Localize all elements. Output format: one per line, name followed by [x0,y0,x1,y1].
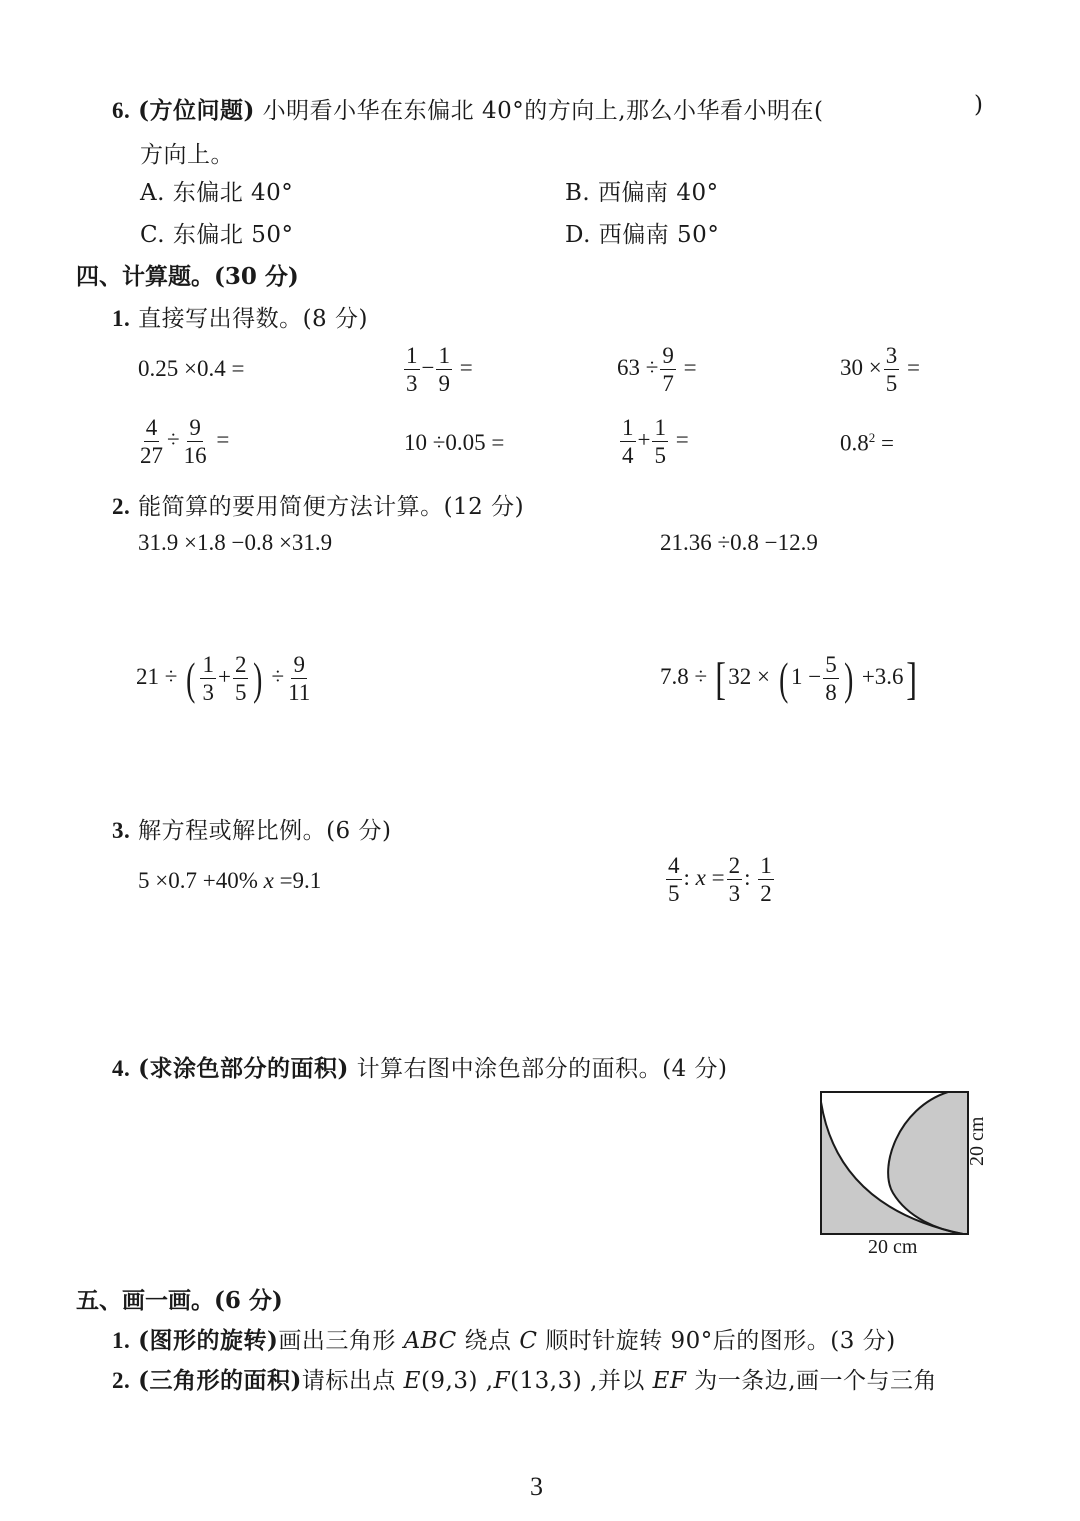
problem-5-1: 1. (图形的旋转)画出三角形 ABC 绕点 C 顺时针旋转 90°后的图形。(… [112,1322,896,1355]
section-4-title: 四、计算题。(30 分) [76,258,299,291]
problem-tag: (求涂色部分的面积) [138,1055,349,1082]
question-text: 小明看小华在东偏北 40°的方向上,那么小华看小明在( [263,98,824,124]
problem-title: 能简算的要用简便方法计算。(12 分) [138,494,524,520]
problem-5-2: 2. (三角形的面积)请标出点 E(9,3) ,F(13,3) ,并以 EF 为… [112,1362,937,1395]
problem-title: 解方程或解比例。(6 分) [138,818,391,844]
problem-title: 直接写出得数。(8 分) [138,306,368,332]
answer-blank-close: ) [974,92,983,118]
calc-item-d: 30 ×35 = [840,344,920,395]
problem-4-4-title: 4. (求涂色部分的面积) 计算右图中涂色部分的面积。(4 分) [112,1050,728,1083]
option-b: B. 西偏南 40° [565,174,719,207]
question-6-line1: 6. (方位问题) 小明看小华在东偏北 40°的方向上,那么小华看小明在( [112,92,824,125]
simplify-item-a: 31.9 ×1.8 −0.8 ×31.9 [138,530,332,556]
question-number: 6. [112,98,130,123]
page-number: 3 [530,1472,543,1502]
calc-item-f: 10 ÷0.05 = [404,430,504,456]
simplify-item-d: 7.8 ÷ [32 × (1 −58) +3.6] [660,652,919,705]
question-6-line2: 方向上。 [140,136,234,169]
problem-tag: (三角形的面积) [138,1367,302,1394]
question-tag: (方位问题) [138,97,255,124]
problem-number: 1. [112,306,130,331]
equation-a: 5 ×0.7 +40% x =9.1 [138,868,321,894]
proportion-b: 45: x =23: 12 [664,854,776,905]
option-d: D. 西偏南 50° [565,216,719,249]
problem-tag: (图形的旋转) [138,1327,278,1354]
calc-item-b: 13−19 = [402,344,473,395]
option-c: C. 东偏北 50° [140,216,293,249]
problem-number: 4. [112,1056,130,1081]
calc-item-g: 14+15 = [618,416,689,467]
square-with-arcs-diagram [818,1088,974,1236]
simplify-item-b: 21.36 ÷0.8 −12.9 [660,530,818,556]
problem-number: 2. [112,1368,130,1393]
problem-4-3-title: 3. 解方程或解比例。(6 分) [112,812,391,845]
problem-4-2-title: 2. 能简算的要用简便方法计算。(12 分) [112,488,524,521]
problem-number: 2. [112,494,130,519]
calc-item-a: 0.25 ×0.4 = [138,356,244,382]
problem-number: 3. [112,818,130,843]
problem-title: 计算右图中涂色部分的面积。(4 分) [357,1056,728,1082]
section-5-title: 五、画一画。(6 分) [76,1282,283,1315]
problem-4-1-title: 1. 直接写出得数。(8 分) [112,300,368,333]
option-a: A. 东偏北 40° [140,174,293,207]
simplify-item-c: 21 ÷ (13+25) ÷911 [136,652,314,705]
width-label: 20 cm [868,1236,917,1259]
calc-item-c: 63 ÷97 = [617,344,697,395]
calc-item-e: 427÷916 = [136,416,229,467]
calc-item-h: 0.82 = [840,430,894,457]
height-label: 20 cm [966,1117,989,1166]
shaded-area-figure [818,1088,974,1236]
problem-number: 1. [112,1328,130,1353]
